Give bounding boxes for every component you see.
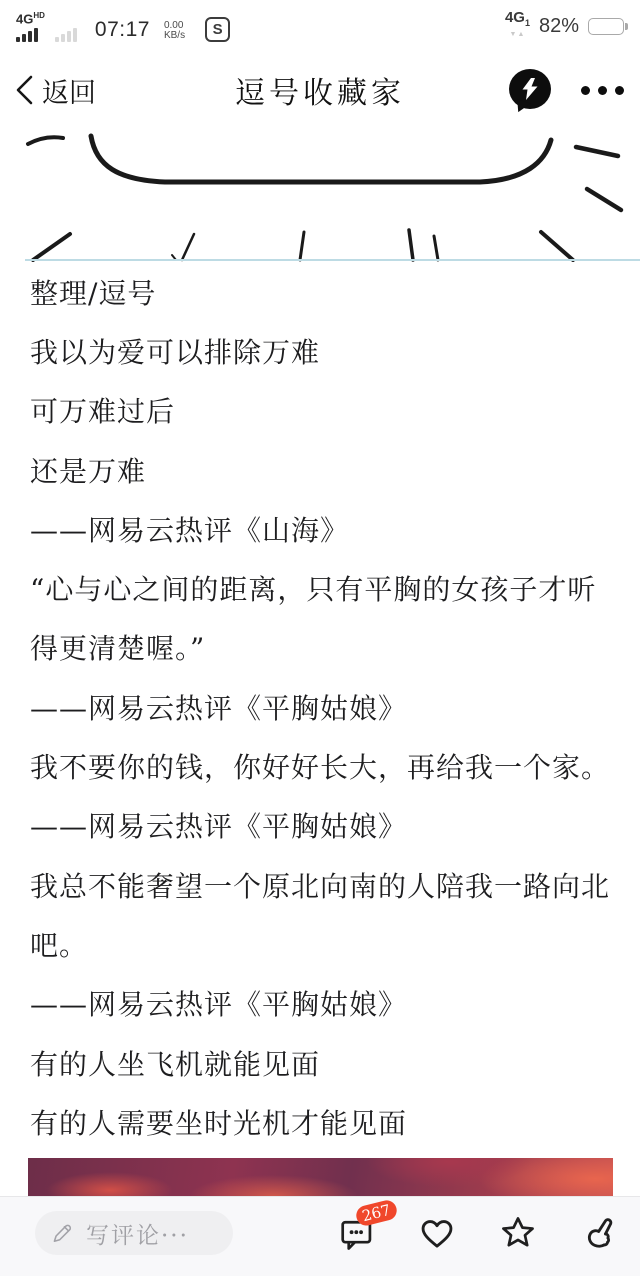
signal-bars-sim2-icon (55, 28, 77, 42)
article-image-red[interactable] (28, 1158, 613, 1196)
article-image-comic[interactable] (0, 128, 640, 262)
overlay-app-icon: S (205, 17, 230, 42)
comment-input[interactable]: 写评论··· (35, 1211, 233, 1255)
article-line: 有的人需要坐时光机才能见面 (30, 1092, 640, 1151)
battery-percent: 82% (539, 15, 579, 38)
star-icon (499, 1214, 537, 1252)
comment-placeholder: 写评论··· (86, 1217, 189, 1250)
comment-bar: 写评论··· 267 (0, 1196, 640, 1276)
heart-icon (418, 1214, 456, 1252)
status-bar: 4GHD 07:17 0.00 KB/s S 4G1 ▼▲ 82% (0, 0, 640, 52)
network-speed: 0.00 KB/s (164, 21, 185, 41)
back-chevron-icon (14, 74, 36, 106)
more-menu-button[interactable] (579, 80, 626, 101)
data-updown-arrows-icon: ▼▲ (510, 29, 526, 40)
like-button[interactable] (418, 1214, 456, 1252)
praise-button[interactable] (580, 1214, 618, 1252)
comments-button[interactable]: 267 (337, 1214, 375, 1252)
nav-bar: 返回 逗号收藏家 (0, 52, 640, 128)
article-line: 还是万难 (30, 440, 640, 499)
favorite-button[interactable] (499, 1214, 537, 1252)
sim1-network-indicator: 4GHD (16, 10, 45, 41)
back-button[interactable]: 返回 (14, 71, 96, 110)
battery-icon (588, 18, 624, 35)
flash-bubble-icon[interactable] (509, 69, 553, 111)
article-line: ——网易云热评《平胸姑娘》 (30, 796, 640, 855)
article-line: 可万难过后 (30, 381, 640, 440)
article-line: “心与心之间的距离，只有平胸的女孩子才听 (30, 558, 640, 617)
article-line: ——网易云热评《平胸姑娘》 (30, 974, 640, 1033)
hand-gesture-icon (580, 1214, 618, 1252)
article-line: 得更清楚喔。” (30, 618, 640, 677)
comment-count-badge: 267 (354, 1199, 398, 1228)
lightning-icon (519, 77, 541, 101)
article-body: 整理/逗号 我以为爱可以排除万难 可万难过后 还是万难 ——网易云热评《山海》 … (0, 262, 640, 1151)
article-line: 我以为爱可以排除万难 (30, 321, 640, 380)
article-line: ——网易云热评《平胸姑娘》 (30, 677, 640, 736)
sim2-network-indicator: 4G1 ▼▲ (505, 12, 530, 40)
article-line: 有的人坐飞机就能见面 (30, 1033, 640, 1092)
article-line: 整理/逗号 (30, 262, 640, 321)
back-label: 返回 (42, 71, 96, 110)
article-line: 我不要你的钱，你好好长大，再给我一个家。 (30, 736, 640, 795)
signal-bars-icon (16, 28, 38, 42)
article-line: 吧。 (30, 914, 640, 973)
clock-time: 07:17 (95, 18, 150, 42)
sim1-network-label: 4GHD (16, 10, 45, 25)
article-line: 我总不能奢望一个原北向南的人陪我一路向北 (30, 855, 640, 914)
pencil-icon (49, 1221, 74, 1246)
article-line: ——网易云热评《山海》 (30, 499, 640, 558)
